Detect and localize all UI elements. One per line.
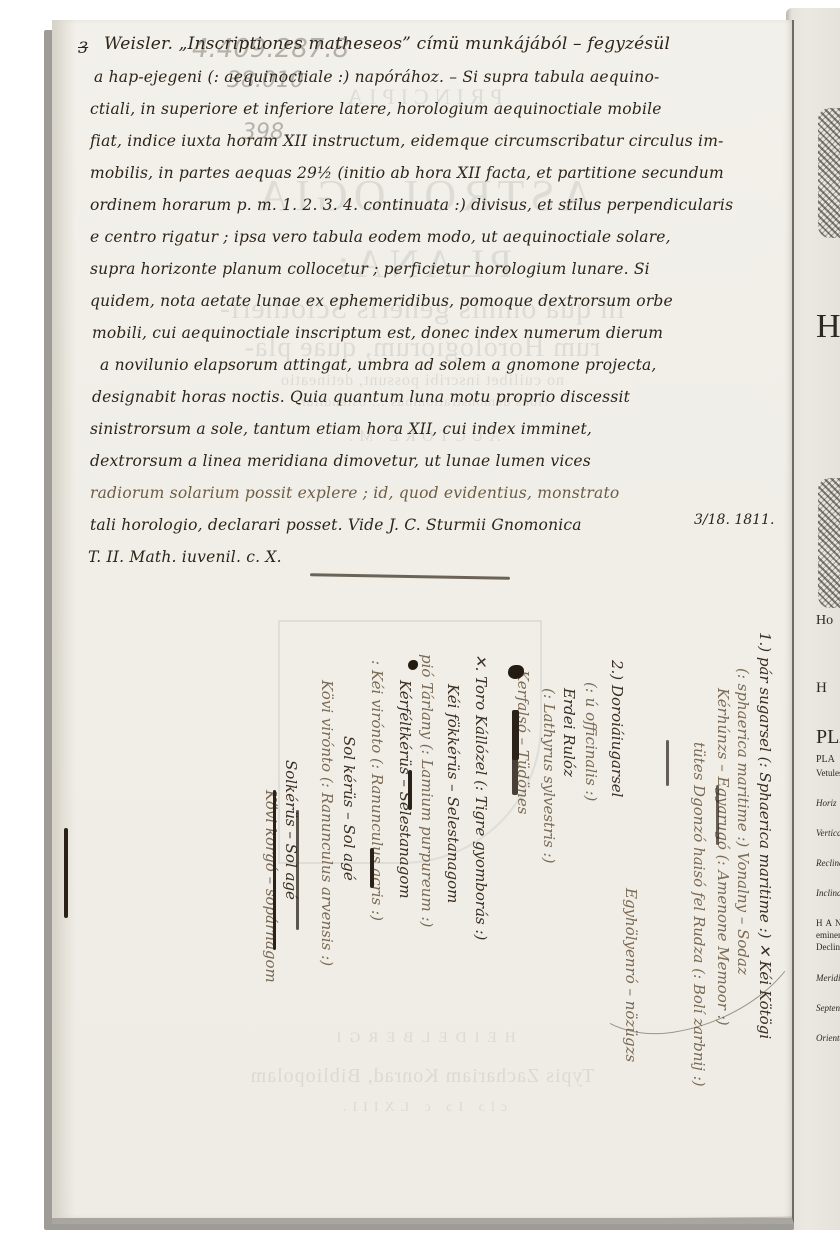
manuscript-line: mobilis, in partes aequas 29½ (initio ab… — [90, 164, 724, 182]
facing-page-text: Horiz — [816, 798, 837, 808]
manuscript-line: a hap-ejegeni (: aequinoctiale :) napórá… — [94, 68, 659, 86]
marginal-note: (: Lathyrus sylvestris :) — [540, 688, 558, 863]
facing-page-text: Ho — [816, 613, 833, 629]
facing-page-text: HAN — [816, 918, 840, 928]
marginal-note: (: ú officinalis :) — [582, 682, 600, 801]
bleed-line: HEIDELBERGI — [52, 1030, 792, 1047]
ink-blot-stroke — [512, 710, 519, 760]
ink-underline — [716, 785, 719, 845]
strikethrough-mark — [273, 790, 276, 950]
manuscript-line: e centro rigatur ; ipsa vero tabula eode… — [90, 228, 671, 246]
manuscript-line: ordinem horarum p. m. 1. 2. 3. 4. contin… — [90, 196, 733, 214]
marginal-note: pió Tárlany (: Lamium purpureum :) — [418, 654, 436, 927]
manuscript-line: quidem, nota aetate lunae ex ephemeridib… — [90, 292, 673, 310]
manuscript-line: fiat, indice iuxta horam XII instructum,… — [90, 132, 724, 150]
manuscript-line: ctiali, in superiore et inferiore latere… — [90, 100, 662, 118]
facing-page-text: Vetules — [816, 768, 840, 778]
facing-page-text: PLA — [816, 726, 840, 749]
facing-page-text: Meridi — [816, 973, 840, 983]
page-number: 3 — [78, 38, 88, 57]
manuscript-line: T. II. Math. iuvenil. c. X. — [88, 548, 282, 566]
page-fold-line — [102, 1216, 794, 1224]
woodcut-ornament-printer-mark — [818, 478, 840, 608]
manuscript-line: Weisler. „Inscriptiones matheseos” címü … — [104, 34, 670, 54]
facing-page-text: eminent — [816, 930, 840, 940]
facing-page-text: Septentr — [816, 1003, 840, 1013]
facing-page-title: HO — [816, 308, 840, 346]
facing-page-text: Reclina — [816, 858, 840, 868]
marginal-note: Sol kérüs – Sol agé — [340, 736, 358, 881]
manuscript-line: supra horizonte planum collocetur ; perf… — [90, 260, 650, 278]
woodcut-ornament-top — [818, 108, 840, 238]
manuscript-line: dextrorsum a linea meridiana dimovetur, … — [90, 452, 591, 470]
bleed-line: Typis Zachariam Konrad, Bibliopolam — [52, 1065, 792, 1088]
manuscript-date: 3/18. 1811. — [694, 512, 774, 528]
facing-printed-page: HO Ho H PLA PLA Vetules Horiz Vertica Re… — [786, 8, 840, 1230]
manuscript-line: tali horologio, declarari posset. Vide J… — [90, 516, 582, 534]
marginal-note: Erdei Rulóz — [560, 688, 578, 777]
marginal-note-struck: Kövi korgó – sopárnagom — [262, 790, 280, 983]
manuscript-page: PRINCIPIA ASTROLOGIA PLANA: in qua omnis… — [52, 20, 794, 1224]
section-divider-rule — [310, 573, 510, 579]
bleed-line: clɔ Iɔ c LXIII. — [52, 1100, 792, 1116]
manuscript-line: sinistrorsum a sole, tantum etiam hora X… — [90, 420, 592, 438]
facing-page-text: Vertica — [816, 828, 840, 838]
facing-page-text: Orienta — [816, 1033, 840, 1043]
ink-blot — [408, 660, 418, 670]
ink-blot-stroke — [408, 770, 412, 810]
manuscript-line: designabit horas noctis. Quia quantum lu… — [92, 388, 630, 406]
manuscript-line: radiorum solarium possit explere ; id, q… — [90, 484, 619, 502]
facing-page-text: PLA — [816, 754, 835, 765]
marginal-note: Kövi virónto (: Ranunculus arvensis :) — [318, 680, 336, 966]
facing-page-text: Inclina — [816, 888, 840, 898]
facing-page-text: Declina — [816, 942, 840, 952]
manuscript-line: a novilunio elapsorum attingat, umbra ad… — [100, 356, 657, 374]
ink-underline — [666, 740, 669, 786]
marginal-note: Kéi fökkérüs – Selestanagom — [444, 684, 462, 903]
ink-blot-stroke — [370, 848, 374, 888]
marginal-note: ✕. Toro Kállózel (: Tigre gyomborás :) — [472, 654, 490, 940]
facing-page-text: H — [816, 680, 827, 697]
ink-blot-stroke — [512, 755, 518, 795]
manuscript-line: mobili, cui aequinoctiale inscriptum est… — [92, 324, 663, 342]
marginal-note: 2.) Doroiáiugarsel — [608, 660, 626, 797]
ink-stroke-margin — [64, 828, 68, 918]
strikethrough-mark — [296, 810, 299, 930]
